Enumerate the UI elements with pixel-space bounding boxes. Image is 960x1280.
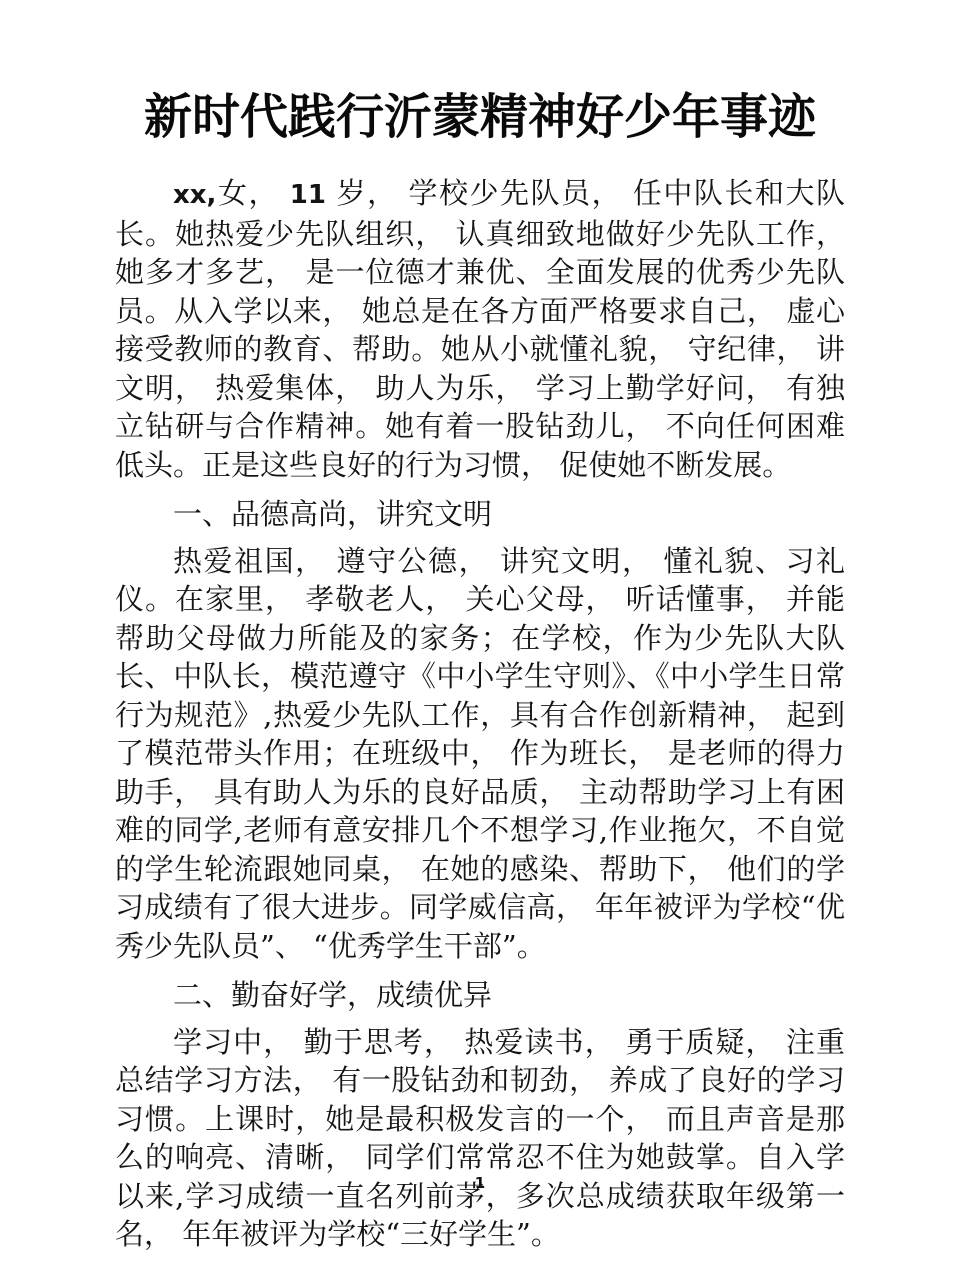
page-number: 1 (0, 1174, 960, 1192)
document-page: 新时代践行沂蒙精神好少年事迹 xx,女， 11 岁， 学校少先队员， 任中队长和… (0, 0, 960, 1280)
intro-paragraph: xx,女， 11 岁， 学校少先队员， 任中队长和大队长。她热爱少先队组织， 认… (115, 174, 845, 484)
intro-text-segment-2: 岁， 学校少先队员， 任中队长和大队长。她热爱少先队组织， 认真细致地做好少先队… (115, 176, 845, 482)
section-1-body: 热爱祖国， 遵守公德， 讲究文明， 懂礼貌、习礼仪。在家里， 孝敬老人， 关心父… (115, 542, 845, 966)
age-value: 11 (290, 180, 326, 210)
section-2-body: 学习中， 勤于思考， 热爱读书， 勇于质疑， 注重总结学习方法， 有一股钻劲和韧… (115, 1023, 845, 1254)
section-1-heading: 一、品德高尚，讲究文明 (115, 495, 845, 534)
subject-name-placeholder: xx, (173, 180, 216, 210)
document-title: 新时代践行沂蒙精神好少年事迹 (115, 86, 845, 148)
section-2-heading: 二、勤奋好学，成绩优异 (115, 976, 845, 1015)
intro-text-segment-1: 女， (216, 176, 289, 210)
